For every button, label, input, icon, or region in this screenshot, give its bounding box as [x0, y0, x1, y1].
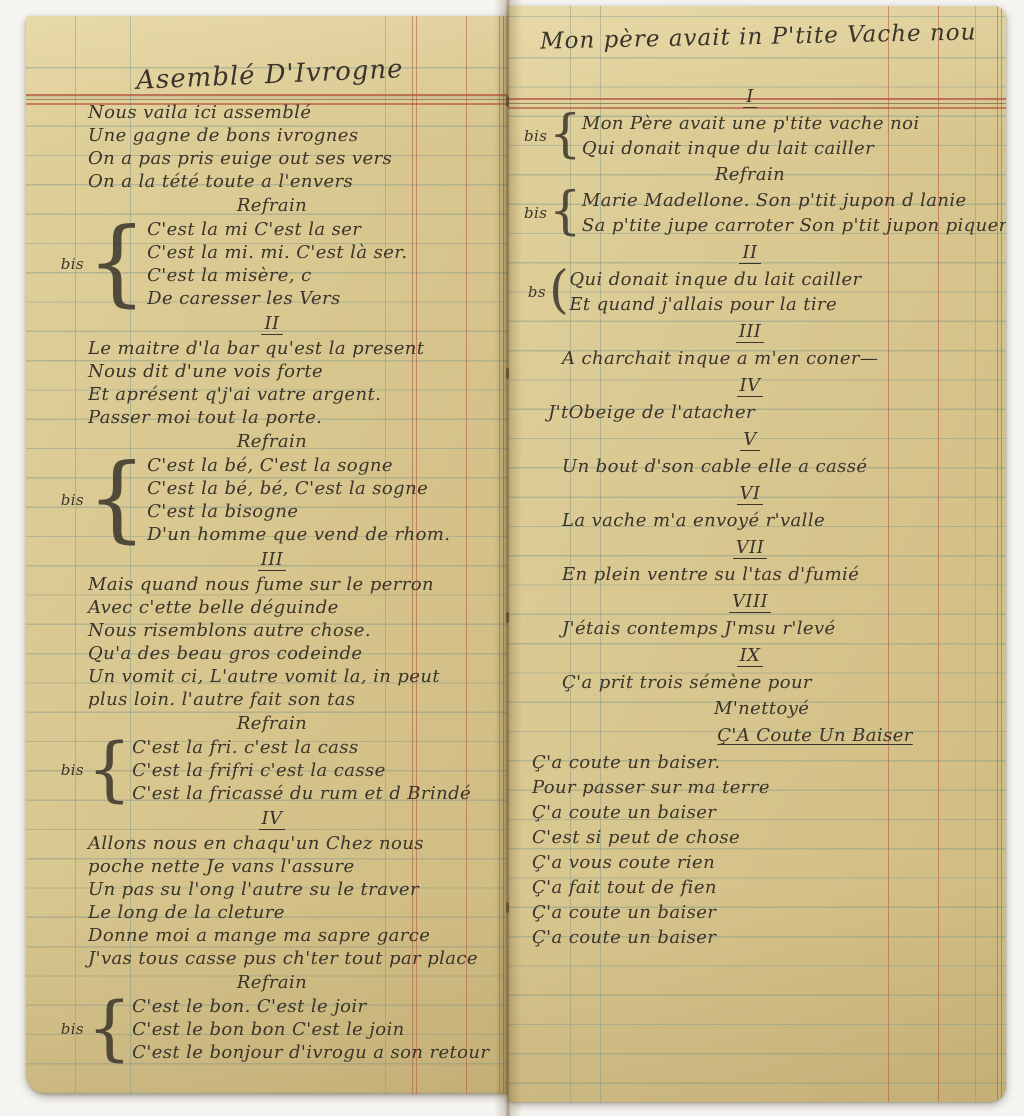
bis-label: bis — [54, 489, 87, 512]
bis-repeat-group: bis{C'est le bon. C'est le joirC'est le … — [54, 995, 490, 1064]
binding-stitch — [506, 368, 509, 379]
bis-repeat-group: bis{C'est la fri. c'est la cassC'est la … — [54, 736, 490, 805]
brace-mark: { — [87, 738, 132, 801]
lyric-line: Ç'a fait tout de fien — [524, 875, 976, 900]
brace-mark: { — [87, 457, 147, 541]
right-page-lyrics: Ibis{Mon Père avait une p'tite vache noi… — [524, 82, 976, 951]
stanza-numeral-text: IX — [737, 647, 764, 667]
lyric-line: Pour passer sur ma terre — [524, 775, 976, 800]
bis-label: bis — [524, 124, 549, 149]
lyric-line: Et quand j'allais pour la tire — [569, 292, 861, 317]
bis-lines: C'est la fri. c'est la cassC'est la frif… — [132, 736, 471, 805]
lyric-line: C'est la mi C'est la ser — [147, 218, 407, 241]
lyric-line: C'est le bon. C'est le joir — [132, 995, 489, 1018]
stanza-numeral: IX — [524, 643, 976, 668]
binding-stitch — [506, 612, 509, 623]
right-page-title: Mon père avait in P'tite Vache nou — [540, 19, 977, 54]
lyric-line: C'est le bonjour d'ivrogu a son retour — [132, 1041, 489, 1064]
stanza-numeral: V — [524, 427, 976, 452]
lyric-line: J'étais contemps J'msu r'levé — [524, 616, 976, 641]
lyric-line: Ç'a coute un baiser — [524, 900, 976, 925]
lyric-line: Un pas su l'ong l'autre su le traver — [54, 878, 490, 901]
lyric-line: De caresser les Vers — [147, 287, 407, 310]
bis-repeat-group: bis{C'est la bé, C'est la sogneC'est la … — [54, 454, 490, 546]
bis-repeat-group: bis{Mon Père avait une p'tite vache noiQ… — [524, 111, 976, 161]
stanza-numeral: VII — [524, 535, 976, 560]
brace-mark: { — [87, 221, 147, 305]
stanza: A charchait inque a m'en coner— — [524, 346, 976, 371]
lyric-line: Marie Madellone. Son p'tit jupon d lanie — [582, 188, 1006, 213]
lyric-line: C'est si peut de chose — [524, 825, 976, 850]
left-page: Asemblé D'Ivrogne Nous vaila ici assembl… — [26, 16, 508, 1094]
lyric-line: Donne moi a mange ma sapre garce — [54, 924, 490, 947]
lyric-line: C'est le bon bon C'est le join — [132, 1018, 489, 1041]
stanza: Nous vaila ici assembléUne gagne de bons… — [54, 101, 490, 193]
lyric-line: Qu'a des beau gros codeinde — [54, 642, 490, 665]
lyric-line: Le maitre d'la bar qu'est la present — [54, 337, 490, 360]
lyric-line: C'est la fri. c'est la cass — [132, 736, 471, 759]
left-page-lyrics: Nous vaila ici assembléUne gagne de bons… — [54, 100, 490, 1065]
stanza-numeral-text: III — [736, 323, 765, 343]
brace-mark: { — [549, 189, 582, 235]
lyric-line: C'est la mi. mi. C'est là ser. — [147, 241, 407, 264]
lyric-line: Ç'a coute un baiser. — [524, 750, 976, 775]
stanza: Ç'a prit trois sémène pour — [524, 670, 976, 695]
bis-lines: C'est la mi C'est la serC'est la mi. mi.… — [147, 218, 407, 310]
stanza: La vache m'a envoyé r'valle — [524, 508, 976, 533]
stanza-numeral: II — [524, 240, 976, 265]
lyric-line: A charchait inque a m'en coner— — [524, 346, 976, 371]
binding-stitch — [506, 902, 509, 913]
lyric-line: Et aprésent q'j'ai vatre argent. — [54, 383, 490, 406]
stanza-numeral-text: II — [739, 244, 760, 264]
bis-label: bis — [54, 759, 87, 782]
stanza: Le maitre d'la bar qu'est la presentNous… — [54, 337, 490, 429]
bis-label: bs — [524, 280, 549, 305]
stanza: Un bout d'son cable elle a cassé — [524, 454, 976, 479]
song-title: Ç'A Coute Un Baiser — [524, 723, 976, 748]
left-page-title: Asemblé D'Ivrogne — [135, 54, 404, 96]
bis-lines: C'est la bé, C'est la sogneC'est la bé, … — [147, 454, 450, 546]
lyric-line: D'un homme que vend de rhom. — [147, 523, 450, 546]
stanza: M'nettoyé — [524, 696, 976, 721]
lyric-line: Ç'a coute un baiser — [524, 925, 976, 950]
bis-label: bis — [524, 201, 549, 226]
brace-mark: ( — [549, 268, 569, 314]
lyric-line: J'vas tous casse pus ch'ter tout par pla… — [54, 947, 490, 970]
lyric-line: Qui donait inque du lait cailler — [569, 267, 861, 292]
binding-stitch — [506, 96, 509, 107]
lyric-line: On a la tété toute a l'envers — [54, 170, 490, 193]
lyric-line: plus loin. l'autre fait son tas — [54, 688, 490, 711]
lyric-line: C'est la frifri c'est la casse — [132, 759, 471, 782]
lyric-line: C'est la bisogne — [147, 500, 450, 523]
lyric-line: C'est la bé, bé, C'est la sogne — [147, 477, 450, 500]
bis-lines: C'est le bon. C'est le joirC'est le bon … — [132, 995, 489, 1064]
brace-mark: { — [549, 112, 582, 158]
lyric-line: Sa p'tite jupe carroter Son p'tit jupon … — [582, 213, 1006, 238]
bis-lines: Qui donait inque du lait caillerEt quand… — [569, 267, 861, 317]
bis-label: bis — [54, 253, 87, 276]
stanza-numeral: VI — [524, 481, 976, 506]
lyric-line: On a pas pris euige out ses vers — [54, 147, 490, 170]
lyric-line: Mais quand nous fume sur le perron — [54, 573, 490, 596]
stanza-numeral-text: IV — [737, 377, 764, 397]
stanza: Allons nous en chaqu'un Chez nouspoche n… — [54, 832, 490, 970]
ledger-column-line — [1001, 6, 1002, 1102]
bis-lines: Mon Père avait une p'tite vache noiQui d… — [582, 111, 920, 161]
stanza: Mais quand nous fume sur le perronAvec c… — [54, 573, 490, 711]
ledger-column-line — [499, 16, 500, 1094]
lyric-line: Ç'a coute un baiser — [524, 800, 976, 825]
stanza: J'tObeige de l'atacher — [524, 400, 976, 425]
lyric-line: Le long de la cleture — [54, 901, 490, 924]
lyric-line: Nous vaila ici assemblé — [54, 101, 490, 124]
stanza-numeral-text: V — [740, 431, 759, 451]
stanza-numeral-text: VII — [733, 539, 767, 559]
lyric-line: J'tObeige de l'atacher — [524, 400, 976, 425]
lyric-line: M'nettoyé — [524, 696, 976, 721]
brace-mark: { — [87, 997, 132, 1060]
stanza-numeral-text: VIII — [729, 593, 771, 613]
lyric-line: Ç'a vous coute rien — [524, 850, 976, 875]
stanza-numeral: IV — [54, 807, 490, 830]
lyric-line: Nous dit d'une vois forte — [54, 360, 490, 383]
lyric-line: poche nette Je vans l'assure — [54, 855, 490, 878]
notebook-spread: Asemblé D'Ivrogne Nous vaila ici assembl… — [0, 0, 1024, 1116]
lyric-line: En plein ventre su l'tas d'fumié — [524, 562, 976, 587]
bis-label: bis — [54, 1018, 87, 1041]
lyric-line: La vache m'a envoyé r'valle — [524, 508, 976, 533]
lyric-line: Ç'a prit trois sémène pour — [524, 670, 976, 695]
lyric-line: Une gagne de bons ivrognes — [54, 124, 490, 147]
stanza-numeral-text: II — [261, 315, 282, 335]
lyric-line: Avec c'ette belle déguinde — [54, 596, 490, 619]
ledger-column-line — [503, 16, 504, 1094]
bis-repeat-group: bis{C'est la mi C'est la serC'est la mi.… — [54, 218, 490, 310]
stanza-numeral: I — [524, 84, 976, 109]
lyric-line: Un bout d'son cable elle a cassé — [524, 454, 976, 479]
lyric-line: C'est la bé, C'est la sogne — [147, 454, 450, 477]
lyric-line: C'est la fricassé du rum et d Brindé — [132, 782, 471, 805]
stanza: J'étais contemps J'msu r'levé — [524, 616, 976, 641]
stanza-numeral-text: I — [743, 88, 757, 108]
ledger-column-line — [997, 6, 998, 1102]
lyric-line: Mon Père avait une p'tite vache noi — [582, 111, 920, 136]
stanza-numeral-text: III — [258, 551, 287, 571]
lyric-line: Qui donait inque du lait cailler — [582, 136, 920, 161]
stanza-numeral-text: VI — [737, 485, 764, 505]
stanza-numeral: III — [524, 319, 976, 344]
lyric-line: Passer moi tout la porte. — [54, 406, 490, 429]
bis-repeat-group: bs(Qui donait inque du lait caillerEt qu… — [524, 267, 976, 317]
right-page: Mon père avait in P'tite Vache nou Ibis{… — [508, 6, 1006, 1102]
lyric-line: Allons nous en chaqu'un Chez nous — [54, 832, 490, 855]
stanza-numeral: IV — [524, 373, 976, 398]
stanza: Ç'a coute un baiser.Pour passer sur ma t… — [524, 750, 976, 950]
stanza-numeral: VIII — [524, 589, 976, 614]
bis-lines: Marie Madellone. Son p'tit jupon d lanie… — [582, 188, 1006, 238]
stanza-numeral-text: IV — [259, 810, 286, 830]
lyric-line: C'est la misère, c — [147, 264, 407, 287]
stanza: En plein ventre su l'tas d'fumié — [524, 562, 976, 587]
bis-repeat-group: bis{Marie Madellone. Son p'tit jupon d l… — [524, 188, 976, 238]
refrain-heading: Refrain — [524, 162, 976, 187]
lyric-line: Un vomit ci, L'autre vomit la, in peut — [54, 665, 490, 688]
lyric-line: Nous risemblons autre chose. — [54, 619, 490, 642]
